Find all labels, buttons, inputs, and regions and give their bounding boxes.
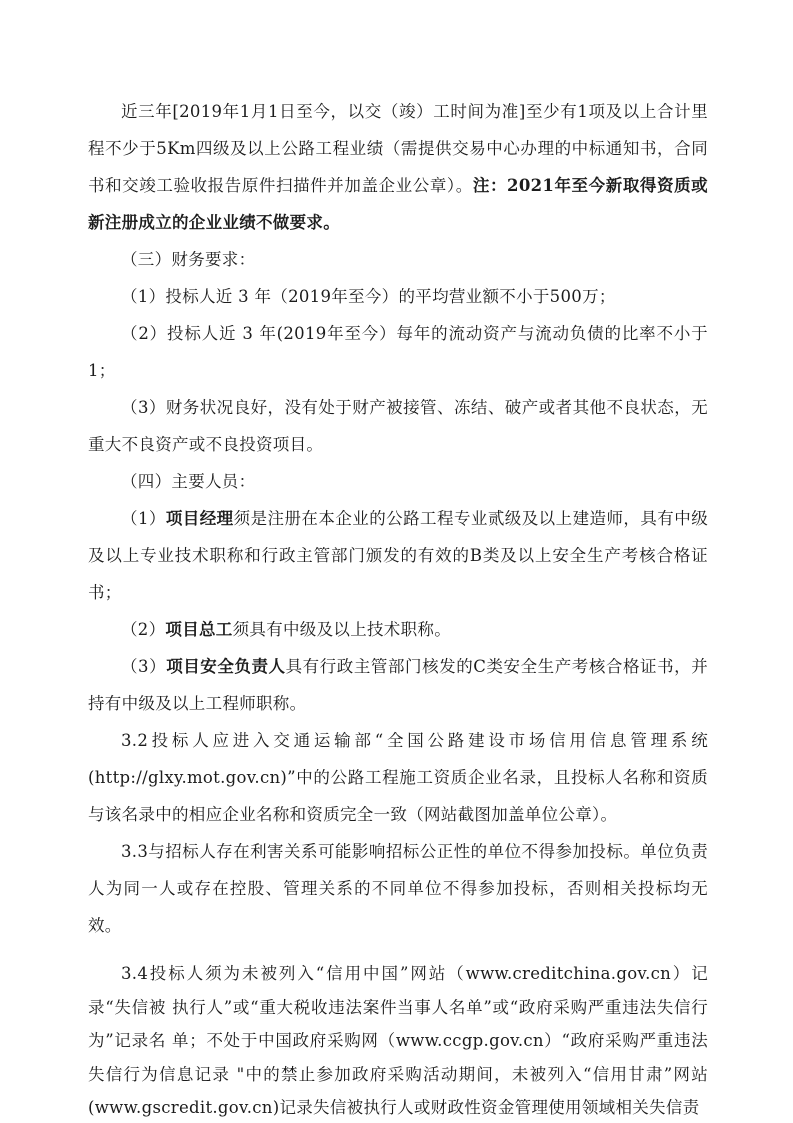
para-current-ratio: （2）投标人近 3 年(2019年至今）每年的流动资产与流动负债的比率不小于1； xyxy=(88,315,708,389)
text-run: （2） xyxy=(121,620,165,639)
heading-financial-requirements: （三）财务要求： xyxy=(88,241,708,278)
para-avg-revenue: （1）投标人近 3 年（2019年至今）的平均营业额不小于500万； xyxy=(88,278,708,315)
text-run: （1）投标人近 3 年（2019年至今）的平均营业额不小于500万； xyxy=(121,287,616,306)
role-title-bold: 项目安全负责人 xyxy=(166,657,285,676)
document-page: 近三年[2019年1月1日至今，以交（竣）工时间为准]至少有1项及以上合计里程不… xyxy=(0,0,793,1123)
text-run: （1） xyxy=(121,509,166,528)
para-clause-3-4: 3.4投标人须为未被列入“信用中国”网站（www.creditchina.gov… xyxy=(88,957,708,1123)
text-run: （三）财务要求： xyxy=(121,250,255,269)
text-run: （3）财务状况良好，没有处于财产被接管、冻结、破产或者其他不良状态，无重大不良资… xyxy=(88,398,708,454)
para-financial-status: （3）财务状况良好，没有处于财产被接管、冻结、破产或者其他不良状态，无重大不良资… xyxy=(88,389,708,463)
para-clause-3-2: 3.2投标人应进入交通运输部“全国公路建设市场信用信息管理系统(http://g… xyxy=(88,722,708,833)
heading-key-personnel: （四）主要人员： xyxy=(88,463,708,500)
text-run: （四）主要人员： xyxy=(121,472,255,491)
role-title-bold: 项目总工 xyxy=(165,620,232,639)
text-run: 3.4投标人须为未被列入“信用中国”网站（www.creditchina.gov… xyxy=(88,964,708,1117)
para-business-performance: 近三年[2019年1月1日至今，以交（竣）工时间为准]至少有1项及以上合计里程不… xyxy=(88,93,708,241)
text-run: （2）投标人近 3 年(2019年至今）每年的流动资产与流动负债的比率不小于1； xyxy=(88,324,708,380)
para-safety-officer: （3）项目安全负责人具有行政主管部门核发的C类安全生产考核合格证书，并持有中级及… xyxy=(88,648,708,722)
text-run: （3） xyxy=(121,657,166,676)
role-title-bold: 项目经理 xyxy=(166,509,234,528)
para-clause-3-3: 3.3与招标人存在利害关系可能影响招标公正性的单位不得参加投标。单位负责人为同一… xyxy=(88,833,708,944)
document-body: 近三年[2019年1月1日至今，以交（竣）工时间为准]至少有1项及以上合计里程不… xyxy=(88,93,708,1123)
para-chief-engineer: （2）项目总工须具有中级及以上技术职称。 xyxy=(88,611,708,648)
text-run: 3.2投标人应进入交通运输部“全国公路建设市场信用信息管理系统(http://g… xyxy=(88,731,708,824)
text-run: 3.3与招标人存在利害关系可能影响招标公正性的单位不得参加投标。单位负责人为同一… xyxy=(88,842,708,935)
para-project-manager: （1）项目经理须是注册在本企业的公路工程专业贰级及以上建造师，具有中级及以上专业… xyxy=(88,500,708,611)
text-run: 须具有中级及以上技术职称。 xyxy=(233,620,451,639)
